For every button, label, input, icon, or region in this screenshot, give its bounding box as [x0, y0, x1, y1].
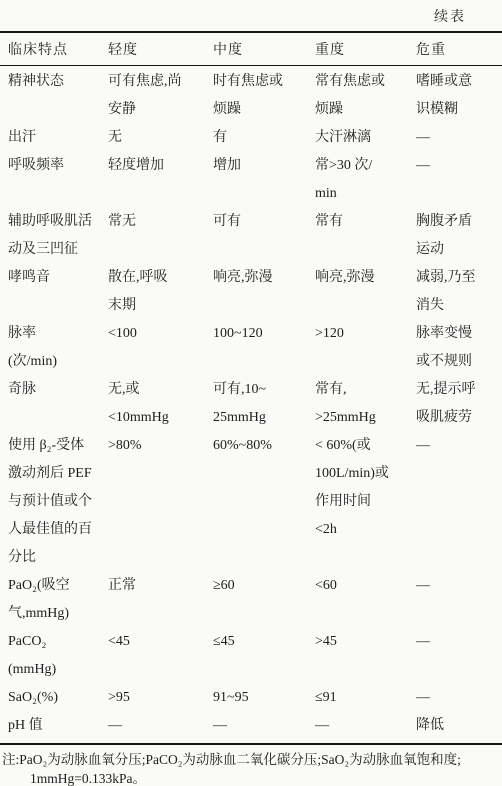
table-cell: — [416, 124, 502, 152]
table-cell: 散在,呼吸 末期 [108, 264, 213, 320]
table-cell: — [213, 712, 315, 740]
table-cell: 常有焦虑或 烦躁 [315, 68, 416, 124]
table-cell: 时有焦虑或 烦躁 [213, 68, 315, 124]
row-label: PaO₂(吸空 气,mmHg) [8, 572, 108, 628]
table-cell: — [108, 712, 213, 740]
row-label: SaO₂(%) [8, 684, 108, 712]
row-label: 脉率 (次/min) [8, 320, 108, 376]
table-cell: 脉率变慢 或不规则 [416, 320, 502, 376]
table-row: pH 值 — — — 降低 [0, 712, 502, 740]
table-header-row: 临床特点 轻度 中度 重度 危重 [0, 33, 502, 66]
table-row: 呼吸频率 轻度增加 增加 常>30 次/ min — [0, 152, 502, 208]
column-header-severe: 重度 [315, 39, 416, 59]
table-cell: 60%~80% [213, 432, 315, 572]
row-label: 使用 β₂-受体 激动剂后 PEF 与预计值或个 人最佳值的百 分比 [8, 432, 108, 572]
table-cell: 正常 [108, 572, 213, 628]
row-label: 出汗 [8, 124, 108, 152]
table-cell: 常有 [315, 208, 416, 264]
row-label: 精神状态 [8, 68, 108, 124]
table-row: 辅助呼吸肌活 动及三凹征 常无 可有 常有 胸腹矛盾 运动 [0, 208, 502, 264]
severity-table: 临床特点 轻度 中度 重度 危重 精神状态 可有焦虑,尚 安静 时有焦虑或 烦躁… [0, 31, 502, 745]
table-cell: >120 [315, 320, 416, 376]
table-cell: 100~120 [213, 320, 315, 376]
table-cell: 增加 [213, 152, 315, 208]
table-cell: — [315, 712, 416, 740]
row-label: 哮鸣音 [8, 264, 108, 320]
table-row: 哮鸣音 散在,呼吸 末期 响亮,弥漫 响亮,弥漫 减弱,乃至 消失 [0, 264, 502, 320]
table-cell: 轻度增加 [108, 152, 213, 208]
table-row: 精神状态 可有焦虑,尚 安静 时有焦虑或 烦躁 常有焦虑或 烦躁 嗜睡或意 识模… [0, 68, 502, 124]
table-cell: — [416, 572, 502, 628]
table-row: 奇脉 无,或 <10mmHg 可有,10~ 25mmHg 常有, >25mmHg… [0, 376, 502, 432]
table-cell: ≥60 [213, 572, 315, 628]
table-cell: < 60%(或 100L/min)或 作用时间 <2h [315, 432, 416, 572]
table-row: PaCO₂ (mmHg) <45 ≤45 >45 — [0, 628, 502, 684]
table-cell: 无 [108, 124, 213, 152]
table-cell: 胸腹矛盾 运动 [416, 208, 502, 264]
table-cell: >95 [108, 684, 213, 712]
table-cell: — [416, 684, 502, 712]
column-header-clinical-feature: 临床特点 [8, 39, 108, 59]
table-cell: 可有焦虑,尚 安静 [108, 68, 213, 124]
table-cell: 响亮,弥漫 [213, 264, 315, 320]
table-cell: 常有, >25mmHg [315, 376, 416, 432]
scanned-page: 续表 临床特点 轻度 中度 重度 危重 精神状态 可有焦虑,尚 安静 时有焦虑或… [0, 0, 502, 786]
row-label: 辅助呼吸肌活 动及三凹征 [8, 208, 108, 264]
table-cell: 可有,10~ 25mmHg [213, 376, 315, 432]
table-cell: ≤91 [315, 684, 416, 712]
continued-table-label: 续表 [0, 0, 502, 31]
table-cell: <45 [108, 628, 213, 684]
row-label: 呼吸频率 [8, 152, 108, 208]
table-cell: 响亮,弥漫 [315, 264, 416, 320]
column-header-mild: 轻度 [108, 39, 213, 59]
table-cell: 减弱,乃至 消失 [416, 264, 502, 320]
table-footnote: 注:PaO₂为动脉血氧分压;PaCO₂为动脉血二氧化碳分压;SaO₂为动脉血氧饱… [0, 745, 502, 786]
table-cell: >45 [315, 628, 416, 684]
table-cell: — [416, 152, 502, 208]
table-row: SaO₂(%) >95 91~95 ≤91 — [0, 684, 502, 712]
table-cell: 无,提示呼 吸肌疲劳 [416, 376, 502, 432]
table-row: PaO₂(吸空 气,mmHg) 正常 ≥60 <60 — [0, 572, 502, 628]
table-cell: 常无 [108, 208, 213, 264]
table-cell: — [416, 432, 502, 572]
table-cell: 无,或 <10mmHg [108, 376, 213, 432]
table-row: 脉率 (次/min) <100 100~120 >120 脉率变慢 或不规则 [0, 320, 502, 376]
table-cell: 大汗淋漓 [315, 124, 416, 152]
row-label: PaCO₂ (mmHg) [8, 628, 108, 684]
table-cell: 嗜睡或意 识模糊 [416, 68, 502, 124]
table-cell: 可有 [213, 208, 315, 264]
table-row: 出汗 无 有 大汗淋漓 — [0, 124, 502, 152]
row-label: 奇脉 [8, 376, 108, 432]
table-row: 使用 β₂-受体 激动剂后 PEF 与预计值或个 人最佳值的百 分比 >80% … [0, 432, 502, 572]
column-header-critical: 危重 [416, 39, 502, 59]
table-cell: ≤45 [213, 628, 315, 684]
table-cell: 常>30 次/ min [315, 152, 416, 208]
table-body: 精神状态 可有焦虑,尚 安静 时有焦虑或 烦躁 常有焦虑或 烦躁 嗜睡或意 识模… [0, 66, 502, 743]
table-cell: — [416, 628, 502, 684]
column-header-moderate: 中度 [213, 39, 315, 59]
table-cell: 91~95 [213, 684, 315, 712]
table-cell: <60 [315, 572, 416, 628]
table-cell: >80% [108, 432, 213, 572]
table-cell: 有 [213, 124, 315, 152]
table-cell: <100 [108, 320, 213, 376]
row-label: pH 值 [8, 712, 108, 740]
table-cell: 降低 [416, 712, 502, 740]
